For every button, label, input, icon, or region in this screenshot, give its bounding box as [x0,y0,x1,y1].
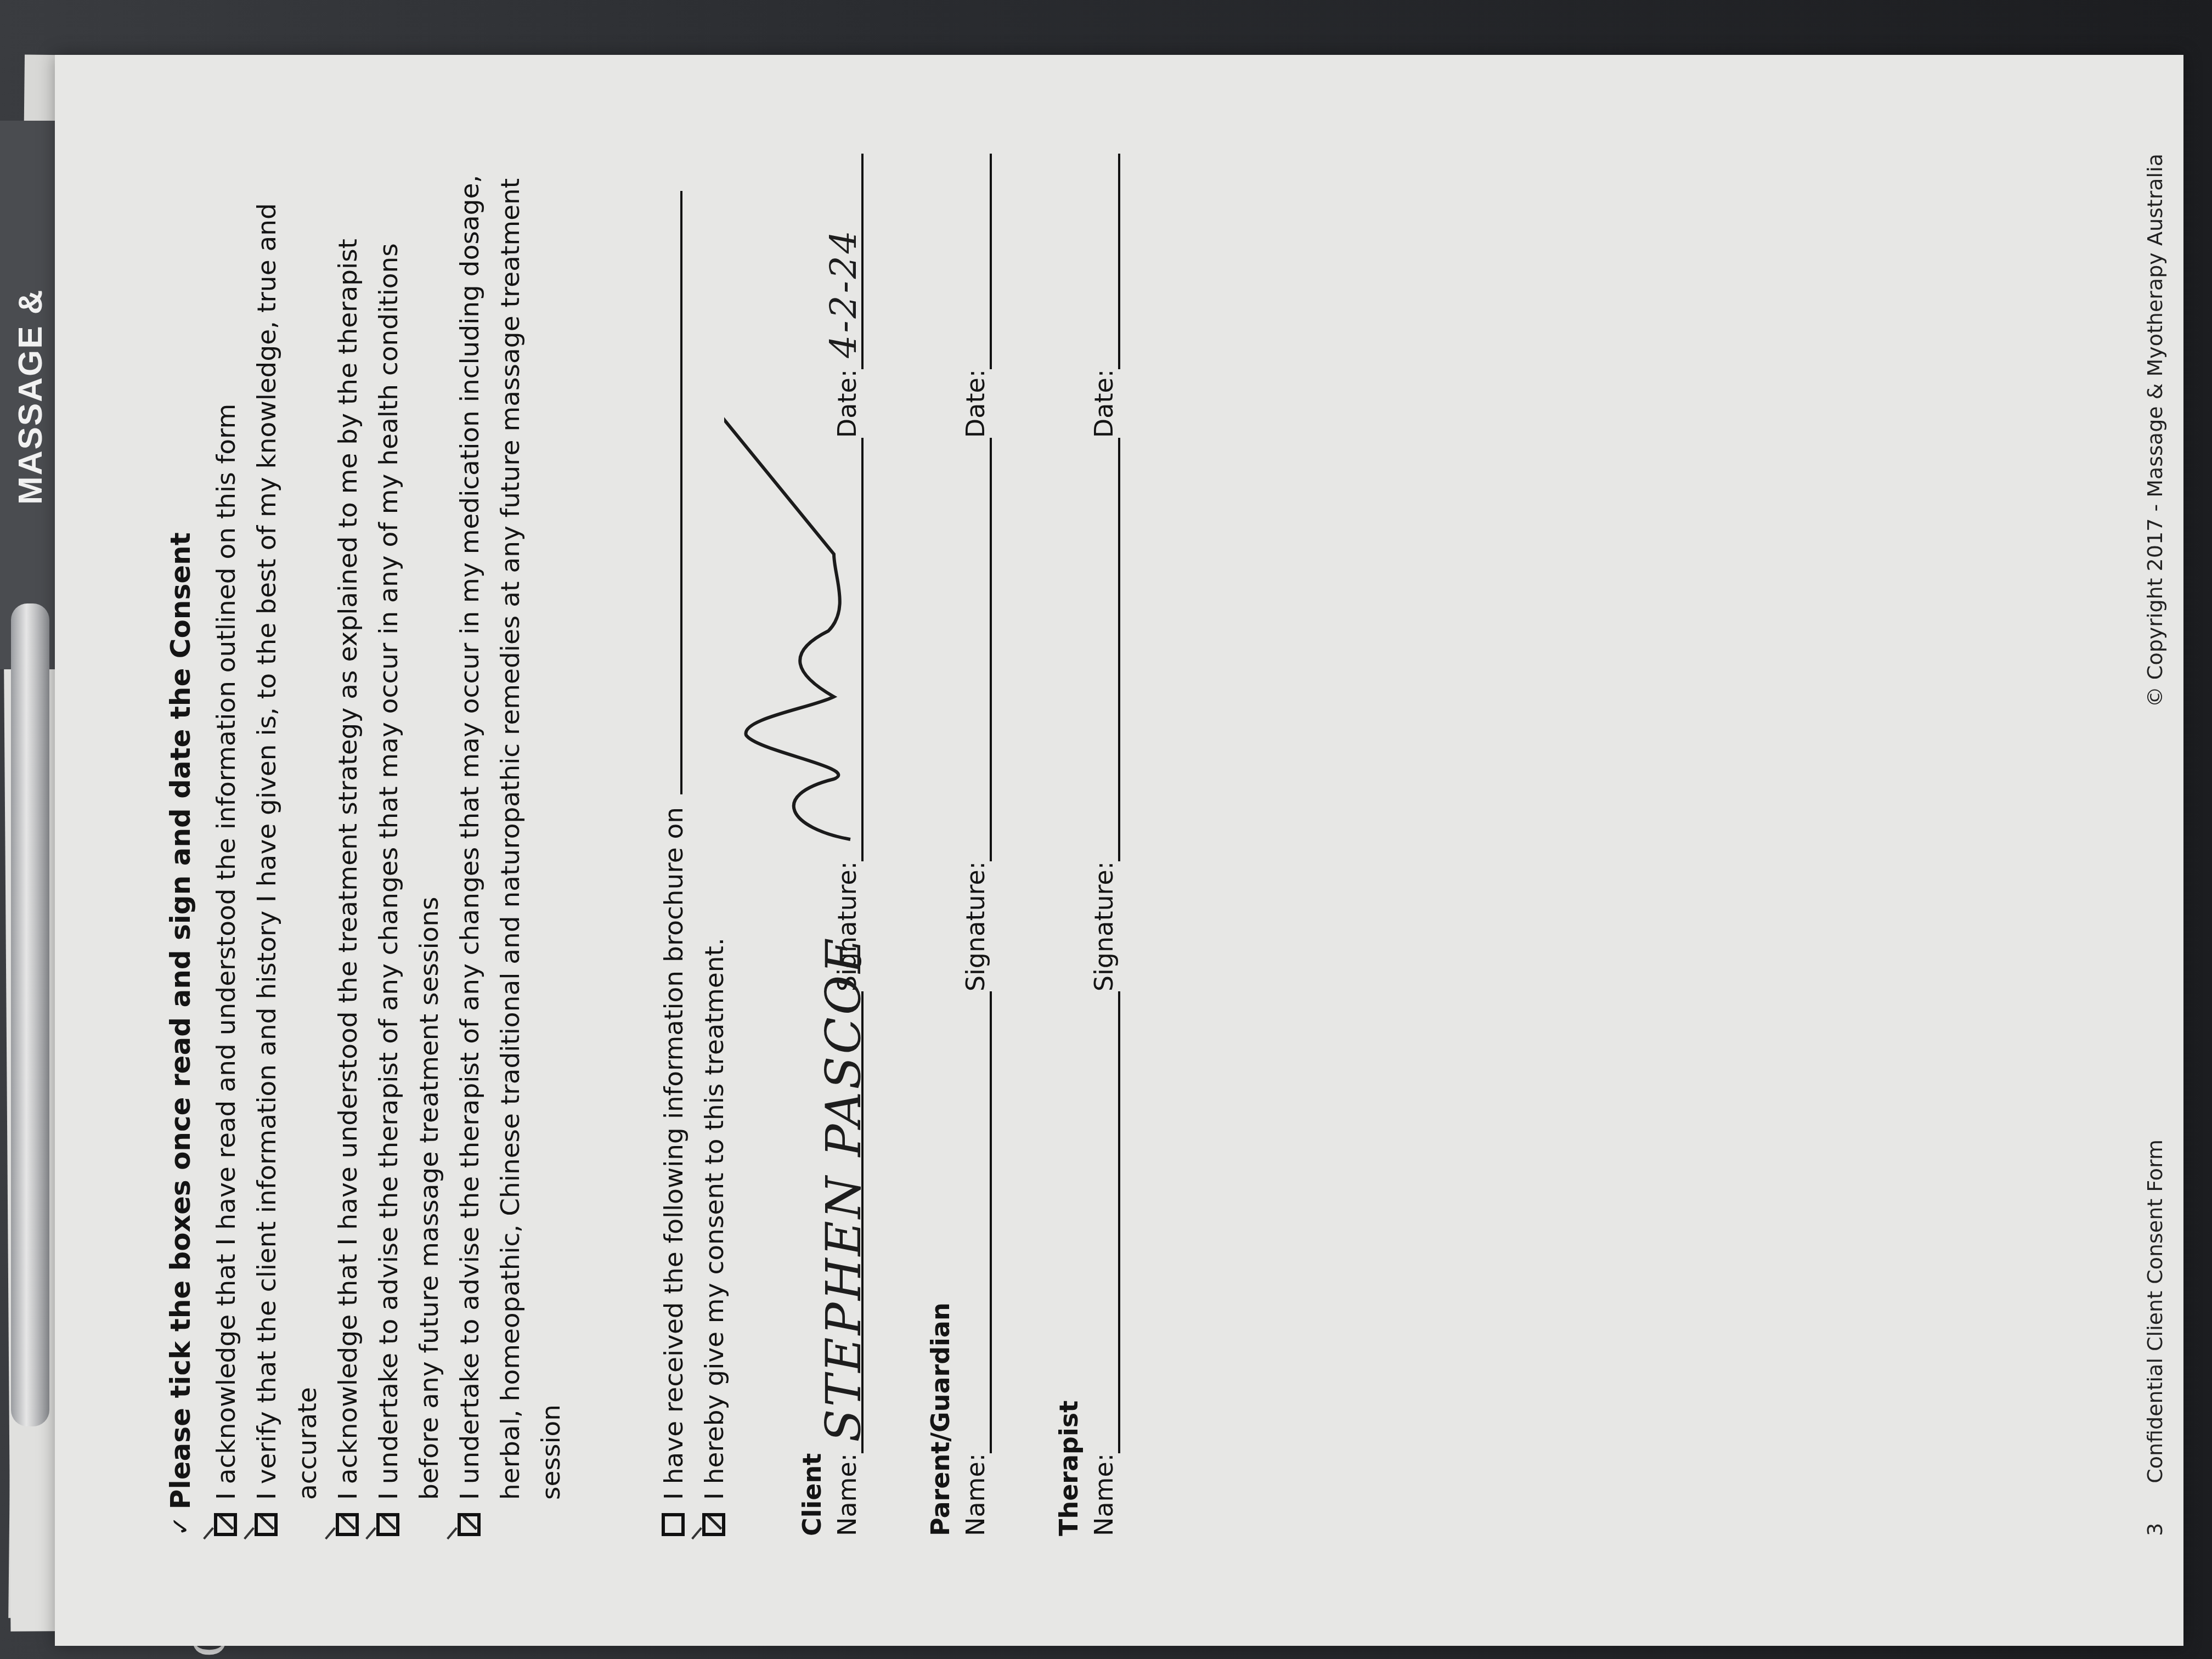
client-date-field[interactable]: 4-2-24 [828,154,864,369]
consent-item: I undertake to advise the therapist of a… [369,154,450,1536]
client-date-handwritten: 4-2-24 [827,228,860,358]
page-footer: 3 Confidential Client Consent Form © Cop… [2143,154,2167,1536]
consent-item: I acknowledge that I have understood the… [328,154,369,1536]
consent-item-text: I verify that the client information and… [247,154,328,1500]
guardian-date-field[interactable] [957,154,992,369]
consent-checklist: I acknowledge that I have read and under… [206,154,572,1536]
give-consent-text: I hereby give my consent to this treatme… [695,938,735,1500]
consent-checkbox-4[interactable] [376,1513,399,1536]
form-heading: ✓ Please tick the boxes once read and si… [165,154,196,1536]
therapist-name-field[interactable] [1085,991,1120,1453]
therapist-title: Therapist [1052,154,1085,1536]
guardian-name-field[interactable] [957,991,992,1453]
guardian-signature-field[interactable] [957,438,992,861]
therapist-date-label: Date: [1087,369,1120,438]
heading-text: Please tick the boxes once read and sign… [165,532,196,1509]
therapist-name-label: Name: [1087,1453,1120,1536]
consent-item-text: I acknowledge that I have understood the… [328,239,369,1500]
guardian-title: Parent/Guardian [924,154,957,1536]
consent-item: I acknowledge that I have read and under… [206,154,247,1536]
consent-item-text: I acknowledge that I have read and under… [206,404,247,1500]
therapist-signature-label: Signature: [1087,861,1120,991]
brochure-checkbox[interactable] [662,1513,685,1536]
consent-item-text: I undertake to advise the therapist of a… [369,154,450,1500]
client-section: Client Name: STEPHEN PASCOE Signature: D… [795,154,864,1536]
therapist-date-field[interactable] [1085,154,1120,369]
therapist-section: Therapist Name: Signature: Date: [1052,154,1120,1536]
guardian-name-label: Name: [959,1453,992,1536]
consent-item: I verify that the client information and… [247,154,328,1536]
banner-text: MASSAGE & [11,289,50,505]
check-icon: ✓ [167,1516,195,1536]
consent-checkbox-1[interactable] [214,1513,237,1536]
consent-item-text: I undertake to advise the therapist of a… [450,154,572,1500]
consent-item: I undertake to advise the therapist of a… [450,154,572,1536]
client-name-label: Name: [831,1453,864,1536]
consent-form-page: ✓ Please tick the boxes once read and si… [55,55,2183,1646]
guardian-section: Parent/Guardian Name: Signature: Date: [924,154,992,1536]
client-name-handwritten: STEPHEN PASCOE [827,936,860,1442]
clipboard-clip [11,603,49,1426]
give-consent-checkbox[interactable] [702,1513,725,1536]
therapist-signature-field[interactable] [1085,438,1120,861]
brochure-field[interactable] [658,191,682,794]
page-number: 3 [2143,1523,2167,1536]
brochure-text: I have received the following informatio… [659,807,689,1500]
consent-checkbox-2[interactable] [255,1513,278,1536]
guardian-date-label: Date: [959,369,992,438]
client-name-field[interactable]: STEPHEN PASCOE [828,991,864,1453]
brochure-item: I have received the following informatio… [654,154,695,1536]
client-signature-field[interactable] [828,438,864,861]
footer-copyright: © Copyright 2017 - Massage & Myotherapy … [2143,154,2167,707]
guardian-signature-label: Signature: [959,861,992,991]
consent-checkbox-5[interactable] [458,1513,481,1536]
consent-checkbox-3[interactable] [336,1513,359,1536]
footer-form-title: Confidential Client Consent Form [2143,1139,2167,1483]
